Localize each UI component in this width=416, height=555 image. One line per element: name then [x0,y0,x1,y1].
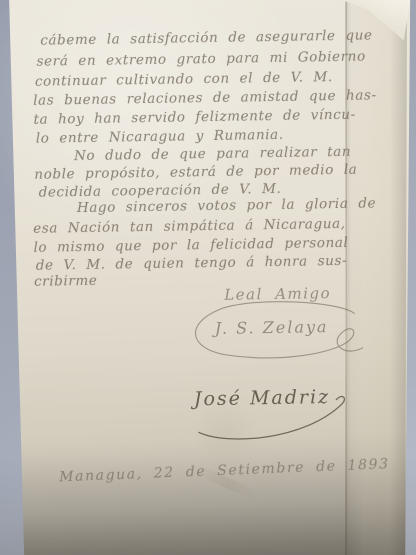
signature-madriz: José Madriz [192,386,358,449]
letter-line: cribirme [34,273,98,290]
letter-line: de V. M. de quien tengo á honra sus- [36,253,348,274]
letter-line: ta hoy han servido felizmente de víncu- [33,107,356,128]
letter-line: continuar cultivando con el de V. M. [35,69,333,90]
letter-text: cábeme la satisfacción de asegurarle que… [0,0,416,555]
letter-line: noble propósito, estará de por medio la [34,162,357,183]
letter-line: será en extremo grato para mi Gobierno [36,48,365,69]
letter-line: las buenas relaciones de amistad que has… [33,87,377,108]
dateline: Managua, 22 de Setiembre de 1893 [59,456,390,485]
letter-line: esa Nación tan simpática á Nicaragua, [33,216,346,237]
photo-backdrop: cábeme la satisfacción de asegurarle que… [0,0,416,555]
signature-zelaya-name: J. S. Zelaya [215,317,329,338]
signature-zelaya: J. S. Zelaya [188,297,365,364]
letter-line: cábeme la satisfacción de asegurarle que [40,27,373,48]
letter-line: Hago sinceros votos por la gloria de [77,195,377,216]
letter-line: No dudo de que para realizar tan [74,144,351,164]
letter-line: lo entre Nicaragua y Rumania. [36,127,284,147]
signature-madriz-name: José Madriz [194,386,331,410]
